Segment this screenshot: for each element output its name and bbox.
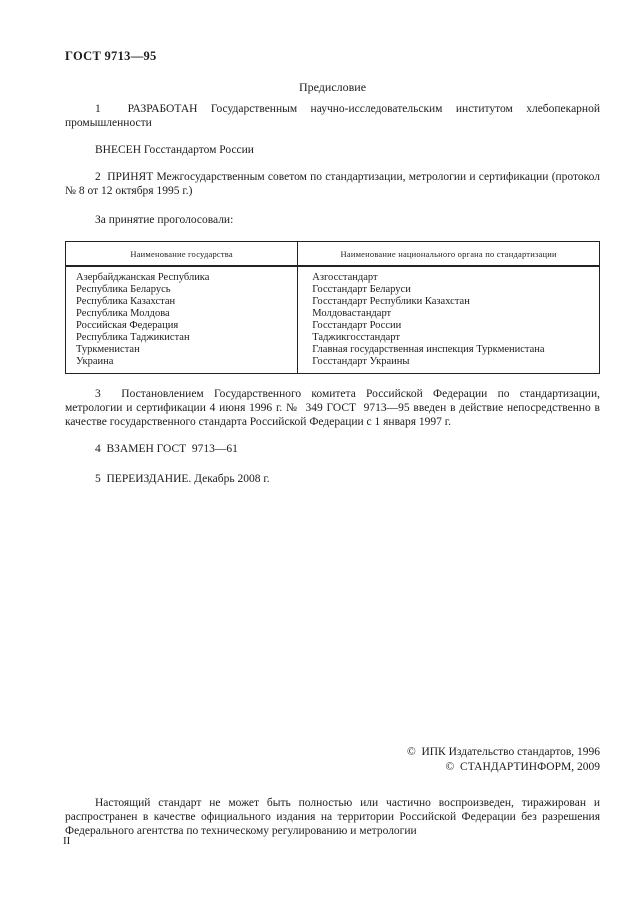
foreword-heading: Предисловие <box>65 80 600 95</box>
table-cell-country: Азербайджанская Республика <box>66 266 298 284</box>
vote-table-header-country: Наименование государства <box>66 242 298 267</box>
clause-5-reissue: 5 ПЕРЕИЗДАНИЕ. Декабрь 2008 г. <box>65 472 600 486</box>
table-cell-country: Российская Федерация <box>66 320 298 332</box>
vote-table: Наименование государства Наименование на… <box>65 241 600 374</box>
page-number: II <box>63 835 70 847</box>
table-cell-country: Республика Молдова <box>66 308 298 320</box>
copyright-block: © ИПК Издательство стандартов, 1996 © СТ… <box>65 745 600 775</box>
vote-table-header-org: Наименование национального органа по ста… <box>298 242 600 267</box>
table-row: Азербайджанская Республика Азгосстандарт <box>66 266 600 284</box>
table-cell-country: Украина <box>66 356 298 374</box>
table-cell-country: Туркменистан <box>66 344 298 356</box>
table-cell-country: Республика Таджикистан <box>66 332 298 344</box>
table-cell-org: Госстандарт Беларуси <box>298 284 600 296</box>
table-row: Республика Таджикистан Таджикгосстандарт <box>66 332 600 344</box>
document-page: ГОСТ 9713—95 Предисловие 1 РАЗРАБОТАН Го… <box>0 0 630 913</box>
copyright-line-1: © ИПК Издательство стандартов, 1996 <box>65 745 600 760</box>
table-cell-org: Госстандарт Украины <box>298 356 600 374</box>
table-cell-org: Главная государственная инспекция Туркме… <box>298 344 600 356</box>
vote-table-header-row: Наименование государства Наименование на… <box>66 242 600 267</box>
doc-code: ГОСТ 9713—95 <box>65 48 600 64</box>
clause-2-accepted: 2 ПРИНЯТ Межгосударственным советом по с… <box>65 170 600 198</box>
table-row: Российская Федерация Госстандарт России <box>66 320 600 332</box>
vote-table-body: Азербайджанская Республика Азгосстандарт… <box>66 266 600 374</box>
table-cell-org: Таджикгосстандарт <box>298 332 600 344</box>
table-cell-org: Госстандарт Республики Казахстан <box>298 296 600 308</box>
clause-1-developed: 1 РАЗРАБОТАН Государственным научно-иссл… <box>65 102 600 130</box>
table-cell-org: Госстандарт России <box>298 320 600 332</box>
table-cell-org: Азгосстандарт <box>298 266 600 284</box>
clause-4-replaces: 4 ВЗАМЕН ГОСТ 9713—61 <box>65 442 600 456</box>
table-cell-country: Республика Беларусь <box>66 284 298 296</box>
clause-3-enacted: 3 Постановлением Государственного комите… <box>65 387 600 429</box>
copyright-line-2: © СТАНДАРТИНФОРМ, 2009 <box>65 760 600 775</box>
vote-intro: За принятие проголосовали: <box>65 213 600 227</box>
clause-submitted: ВНЕСЕН Госстандартом России <box>65 143 600 157</box>
table-cell-country: Республика Казахстан <box>66 296 298 308</box>
table-cell-org: Молдовастандарт <box>298 308 600 320</box>
table-row: Украина Госстандарт Украины <box>66 356 600 374</box>
table-row: Республика Беларусь Госстандарт Беларуси <box>66 284 600 296</box>
table-row: Туркменистан Главная государственная инс… <box>66 344 600 356</box>
table-row: Республика Молдова Молдовастандарт <box>66 308 600 320</box>
restriction-paragraph: Настоящий стандарт не может быть полност… <box>65 796 600 838</box>
vote-table-header: Наименование государства Наименование на… <box>66 242 600 267</box>
table-row: Республика Казахстан Госстандарт Республ… <box>66 296 600 308</box>
